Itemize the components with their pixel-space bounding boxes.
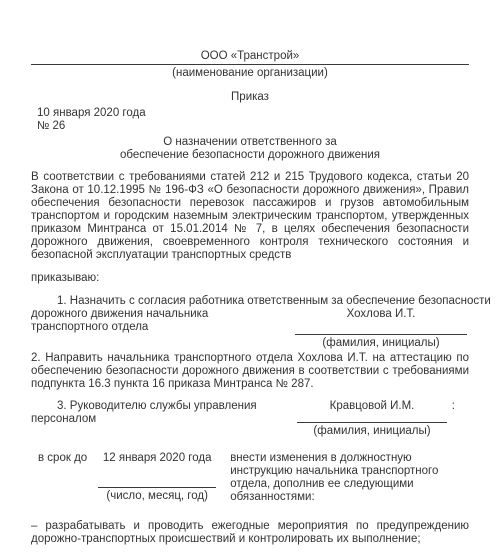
item3-text: 3. Руководителю службы управления персон… xyxy=(31,400,271,426)
item3-colon: : xyxy=(452,400,455,413)
org-name: ООО «Транстрой» xyxy=(31,50,469,65)
subject-line-1: О назначении ответственного за xyxy=(31,136,469,149)
subject-line-2: обеспечение безопасности дорожного движе… xyxy=(31,149,469,162)
item1-first-line: 1. Назначить с согласия работника ответс… xyxy=(31,295,469,308)
deadline-date: 12 января 2020 года xyxy=(98,452,216,465)
date-number-block: 10 января 2020 года № 26 xyxy=(31,107,469,133)
preamble-paragraph: В соответствии с требованиями статей 212… xyxy=(31,171,469,262)
subject-title: О назначении ответственного за обеспечен… xyxy=(31,136,469,162)
item1-continuation: дорожного движения начальника транспортн… xyxy=(31,308,283,334)
item1-fill-line xyxy=(295,321,467,335)
deadline-row: в срок до 12 января 2020 года (число, ме… xyxy=(31,452,469,504)
item1-signature-block: Хохлова И.Т. (фамилия, инициалы) xyxy=(295,308,467,350)
item1-appointee-name: Хохлова И.Т. xyxy=(295,308,467,321)
item3-fill-line xyxy=(297,413,447,423)
order-item-3: 3. Руководителю службы управления персон… xyxy=(31,400,469,438)
deadline-fill-line xyxy=(98,465,216,488)
duty-item: – разрабатывать и проводить ежегодные ме… xyxy=(31,520,469,546)
decree-word: приказываю: xyxy=(31,272,469,285)
doc-date: 10 января 2020 года xyxy=(37,107,469,120)
org-name-caption: (наименование организации) xyxy=(31,65,469,80)
item3-appointee-name: Кравцовой И.М. xyxy=(297,400,447,413)
order-item-1: 1. Назначить с согласия работника ответс… xyxy=(31,295,469,350)
deadline-date-block: 12 января 2020 года (число, месяц, год) xyxy=(98,452,216,503)
deadline-instruction: внести изменения в должностную инструкци… xyxy=(230,452,460,504)
item3-signature-block: Кравцовой И.М. (фамилия, инициалы) xyxy=(297,400,447,438)
deadline-prefix: в срок до xyxy=(38,452,87,465)
deadline-date-caption: (число, месяц, год) xyxy=(98,488,216,503)
document-page: ООО «Транстрой» (наименование организаци… xyxy=(0,0,500,558)
order-item-2: 2. Направить начальника транспортного от… xyxy=(31,352,469,391)
item1-name-caption: (фамилия, инициалы) xyxy=(295,335,467,350)
org-header: ООО «Транстрой» (наименование организаци… xyxy=(31,50,469,80)
item3-name-caption: (фамилия, инициалы) xyxy=(297,423,447,438)
doc-type-heading: Приказ xyxy=(31,91,469,104)
doc-number: № 26 xyxy=(37,120,469,133)
